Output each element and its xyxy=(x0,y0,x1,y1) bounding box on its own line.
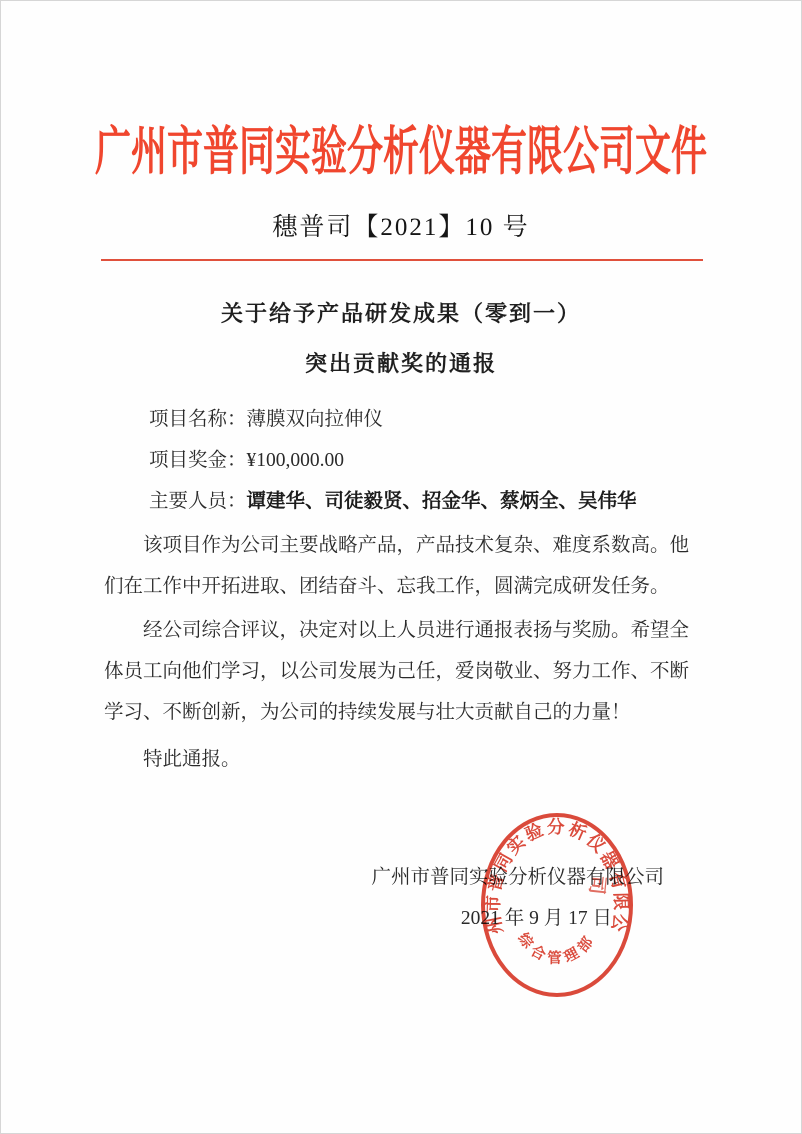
field-project-bonus: 项目奖金：¥100,000.00 xyxy=(104,440,704,481)
seal-center-char: 司 xyxy=(585,874,609,895)
notice-title-line1: 关于给予产品研发成果（零到一） xyxy=(1,289,801,339)
field-project-bonus-label: 项目奖金： xyxy=(149,450,247,471)
field-key-personnel-value: 谭建华、司徒毅贤、招金华、蔡炳全、吴伟华 xyxy=(247,491,637,512)
field-project-bonus-value: ¥100,000.00 xyxy=(247,450,345,471)
doc-number: 穗普司【2021】10 号 xyxy=(1,207,801,243)
closing-line: 特此通报。 xyxy=(104,739,704,780)
svg-text:广州市普同实验分析仪器有限公司: 广州市普同实验分析仪器有限公司 xyxy=(447,793,631,936)
notice-body: 项目名称：薄膜双向拉伸仪 项目奖金：¥100,000.00 主要人员：谭建华、司… xyxy=(104,399,704,780)
field-project-name: 项目名称：薄膜双向拉伸仪 xyxy=(104,399,704,440)
paragraph-2: 经公司综合评议，决定对以上人员进行通报表扬与奖励。希望全 体员工向他们学习，以公… xyxy=(104,610,704,733)
company-file-header: 广州市普同实验分析仪器有限公司文件 xyxy=(1,111,801,185)
company-seal: 广州市普同实验分析仪器有限公司 综合管理部 司 xyxy=(447,793,667,1013)
field-project-name-label: 项目名称： xyxy=(149,409,247,430)
seal-ring-text: 广州市普同实验分析仪器有限公司 xyxy=(447,793,631,936)
seal-bottom-text: 综合管理部 xyxy=(514,929,600,967)
notice-title-line2: 突出贡献奖的通报 xyxy=(1,339,801,389)
red-divider xyxy=(101,259,703,261)
notice-title: 关于给予产品研发成果（零到一） 突出贡献奖的通报 xyxy=(1,289,801,389)
field-project-name-value: 薄膜双向拉伸仪 xyxy=(247,409,384,430)
paragraph-1: 该项目作为公司主要战略产品，产品技术复杂、难度系数高。他 们在工作中开拓进取、团… xyxy=(104,525,704,607)
field-key-personnel-label: 主要人员： xyxy=(149,491,247,512)
svg-text:综合管理部: 综合管理部 xyxy=(514,929,600,967)
document-page: 广州市普同实验分析仪器有限公司文件 穗普司【2021】10 号 关于给予产品研发… xyxy=(0,0,802,1134)
field-key-personnel: 主要人员：谭建华、司徒毅贤、招金华、蔡炳全、吴伟华 xyxy=(104,481,704,522)
